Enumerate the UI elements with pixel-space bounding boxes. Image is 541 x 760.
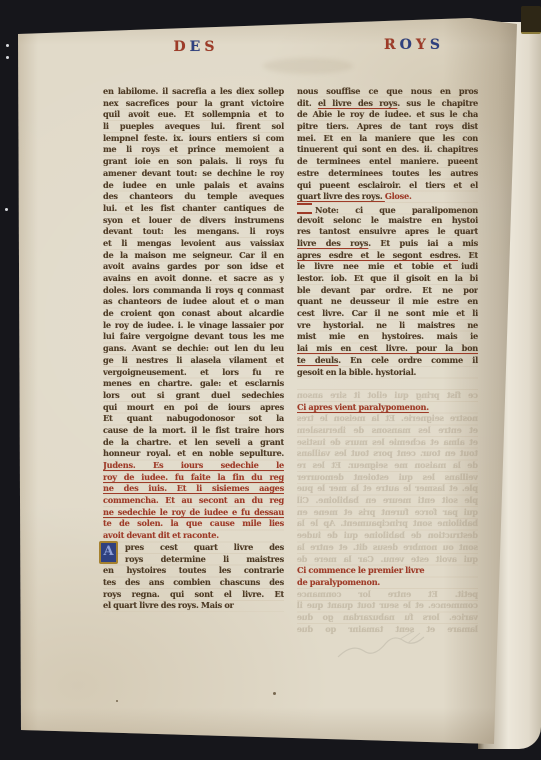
text-line: et alma et achemie les murs de iustise (297, 437, 478, 449)
text-span: D (174, 39, 190, 55)
text-line: amener devant tout: se dechine le roy (103, 168, 284, 180)
text-line: ble devant par ordre. Et ne por (297, 285, 478, 297)
text-span: S (204, 39, 218, 55)
text-line: mist mie en hystoires. mais ie (297, 331, 478, 343)
text-span: R (384, 37, 400, 53)
text-line: ce fist pring qui eilot it sire anson (297, 390, 478, 402)
text-line: DES (174, 39, 219, 55)
text-line: de la maison me seigneur. Car il en (103, 250, 284, 262)
text-line: ple. et lasmer le autre et la mer le pue (297, 483, 478, 495)
text-line: avoit avains gardes por son idse et (103, 261, 284, 273)
text-line: destruction de babiloine qui de iudee (297, 530, 478, 542)
text-line: avoit devant dit et raconte. (103, 530, 284, 542)
text-line (297, 378, 478, 390)
text-line: de iudee en unle palais et avains (103, 180, 284, 192)
right-text-column: nous souffise ce que nous en prosdit. el… (297, 86, 478, 635)
text-line: mei. Et en la maniere que les con (297, 133, 478, 145)
text-line: nous souffise ce que nous en pros (297, 86, 478, 98)
text-line: cest livre. Car il ne sont mie et li (297, 308, 478, 320)
text-line: de paralypomenon. (297, 577, 478, 589)
text-line: vre hystorial. ne li maistres ne (297, 320, 478, 332)
text-line: et entre les mansons de iherusalem (297, 425, 478, 437)
text-line: pitre tiers. Apres de tant roys dist (297, 121, 478, 133)
pencil-inscription (330, 625, 440, 670)
text-line: commence. et le seur tout quant que il (297, 600, 478, 612)
text-line: roys determine li maistres (103, 554, 284, 566)
text-line: ple soit enti meure en babiloine. Cil (297, 495, 478, 507)
text-line: lai mis en cest livre. pour la bon (297, 343, 478, 355)
text-line: gans. Avant se dechie: out len du leu (103, 343, 284, 355)
text-span: livre des roys (297, 238, 368, 248)
margin-dot (6, 56, 9, 59)
text-line: me li roys et prince memoient a (103, 144, 284, 156)
text-span: . sus le chapitre (397, 98, 478, 108)
text-span: Note: ci que paralipomenon (315, 205, 478, 215)
margin-dot (5, 208, 8, 211)
text-line: te deuls. En cele ordre comme il (297, 355, 478, 367)
book-clasp (521, 6, 541, 34)
text-line: cause de la mort. il le fist traire hors (103, 425, 284, 437)
text-line: des chanteors du temple aveques (103, 191, 284, 203)
text-line: nostre seignerie. Et la meison le tres (297, 413, 478, 425)
left-text-column: en labilome. il sacrefia a les diex soll… (103, 86, 284, 612)
text-line: avains en avoit donne. et sacre as y (103, 273, 284, 285)
text-span: el livre des roys (318, 98, 397, 108)
text-span: dit. (297, 98, 318, 108)
text-line: de la maison me seigneur. Et les re (297, 460, 478, 472)
text-line: lors out si grant duel sedechies (103, 390, 284, 402)
text-line: babiloine sont principaument. Ap le la (297, 518, 478, 530)
text-line: lestor. iob. Et que il gisoit en la bi (297, 273, 478, 285)
running-title-left: DES (148, 39, 244, 55)
text-line: commencha. Et au secont an du reg (103, 495, 284, 507)
text-span: apres esdre et le segont esdres (297, 250, 458, 260)
text-line: Ci commence le premier livre (297, 565, 478, 577)
text-span: Y (416, 37, 430, 53)
text-span: . En cele ordre comme il (338, 355, 478, 365)
text-line: estre determinees toutes les autres (297, 168, 478, 180)
text-line: qui mourt en poi de iours apres (103, 402, 284, 414)
text-line: sont ou nombre desus dit. et entre la (297, 542, 478, 554)
text-line: tout en tour. cent pors tout les vaillan… (297, 448, 478, 460)
text-line: devant tout: les mengans. li roys (103, 226, 284, 238)
text-span: S (430, 37, 444, 53)
text-span: Glose. (385, 191, 412, 201)
margin-dot (6, 44, 9, 47)
text-line: ne sedechie le roy de iudee e fu dessau (103, 507, 284, 519)
text-line: pres cest quart livre des (103, 542, 284, 554)
text-line: devoit selonc le maistre en hystoi (297, 215, 478, 227)
text-line: Et quant nabugodonosor sot la (103, 413, 284, 425)
text-line: grant ioie en son palais. li roys fu (103, 156, 284, 168)
text-line: menes en chartre. gale: et esclarnis (103, 378, 284, 390)
text-line: apres esdre et le segont esdres. Et (297, 250, 478, 262)
ink-speck (273, 692, 276, 695)
text-line: tinuerent qui sont en des. ii. chapitres (297, 144, 478, 156)
text-line: as chanteors de iudee alout et o man (103, 296, 284, 308)
erased-smudge (263, 58, 353, 74)
text-line: le livre nee mie et tobie et iudi (297, 261, 478, 273)
text-line: vergoigneusement. et lors fu re (103, 367, 284, 379)
text-line: te de solen. la que cause mile lies (103, 518, 284, 530)
text-line: nex sacrefices pour la grant victoire (103, 98, 284, 110)
text-line: qui pueent esclairoir. el tiers et el (297, 180, 478, 192)
text-span: quart livre des roys. (297, 191, 385, 201)
text-line: li pueples aveques lui. firent sol (103, 121, 284, 133)
ink-speck (116, 700, 118, 702)
illuminated-initial: A (99, 541, 118, 564)
text-line: lempnel feste. ix. iours entiers si com (103, 133, 284, 145)
text-line: roy de iudee. fu faite la fin du reg (103, 472, 284, 484)
text-line: de Abie le roy de iudee. et sus le cha (297, 109, 478, 121)
text-line: roys regna. qui sont el livre. Et (103, 589, 284, 601)
text-line: Note: ci que paralipomenon (297, 203, 478, 215)
text-line: gesoit en la bible. hystorial. (297, 367, 478, 379)
text-span: . Et puis iai a mis (368, 238, 478, 248)
text-line: doles. lors commanda li roys q conmast (103, 285, 284, 297)
text-line: livre des roys. Et puis iai a mis (297, 238, 478, 250)
text-line: le roy de iudee. i. le vinage lassaier p… (103, 320, 284, 332)
text-line: syon et louer de divers instrumens (103, 215, 284, 227)
text-line: Ci apres vient paralypomenon. (297, 402, 478, 414)
text-line: honneur royal. et en noble sepulture. (103, 448, 284, 460)
text-line: de terminees entel maniere. pueent (297, 156, 478, 168)
text-line: de la chartre. et len seveli a grant (103, 437, 284, 449)
text-line: qui avoit este venu. Car la mere de (297, 554, 478, 566)
text-span: te deuls (297, 355, 338, 365)
text-line: et li mengas levoient aus vaissiax (103, 238, 284, 250)
text-line: varice. lors fu nabuzardan go due (297, 612, 478, 624)
text-line: quil avoit eue. Et sollempnia et to (103, 109, 284, 121)
text-line: ne des iuis. Et li sisiemes aages (103, 483, 284, 495)
text-span: . Et (458, 250, 478, 260)
manuscript-photo: DES ROYS en labilome. il sacrefia a les … (0, 0, 541, 760)
text-line: veillans les qui estoient demourrer (297, 472, 478, 484)
text-line: en hystoires toutes les contrarie (103, 565, 284, 577)
text-line: qui par force furent pris et mene en (297, 507, 478, 519)
text-line: lui. et les fist chanter cantiques de (103, 203, 284, 215)
text-line: en labilome. il sacrefia a les diex soll… (103, 86, 284, 98)
text-span: E (190, 39, 205, 55)
text-line: dit. el livre des roys. sus le chapitre (297, 98, 478, 110)
running-title-right: ROYS (366, 37, 462, 53)
text-line: ROYS (384, 37, 444, 53)
text-line: quart livre des roys. Glose. (297, 191, 478, 203)
text-line: petit. Et entre lor conmance (297, 589, 478, 601)
text-line: el quart livre des roys. Mais or (103, 600, 284, 612)
text-line: res tantost ensuivre apres le quart (297, 226, 478, 238)
text-line: ge li nestres li alasela vilament et (103, 355, 284, 367)
text-line: tes des ans combien chascuns des (103, 577, 284, 589)
paraph-mark (297, 203, 312, 214)
text-line: quant ne deusseur il mie estre en (297, 296, 478, 308)
text-line: lui faire vergoigne devant tous les me (103, 331, 284, 343)
text-span: O (400, 37, 416, 53)
text-line: de croient qon conast about alcardie (103, 308, 284, 320)
text-line: Judens. Es iours sedechie le (103, 460, 284, 472)
